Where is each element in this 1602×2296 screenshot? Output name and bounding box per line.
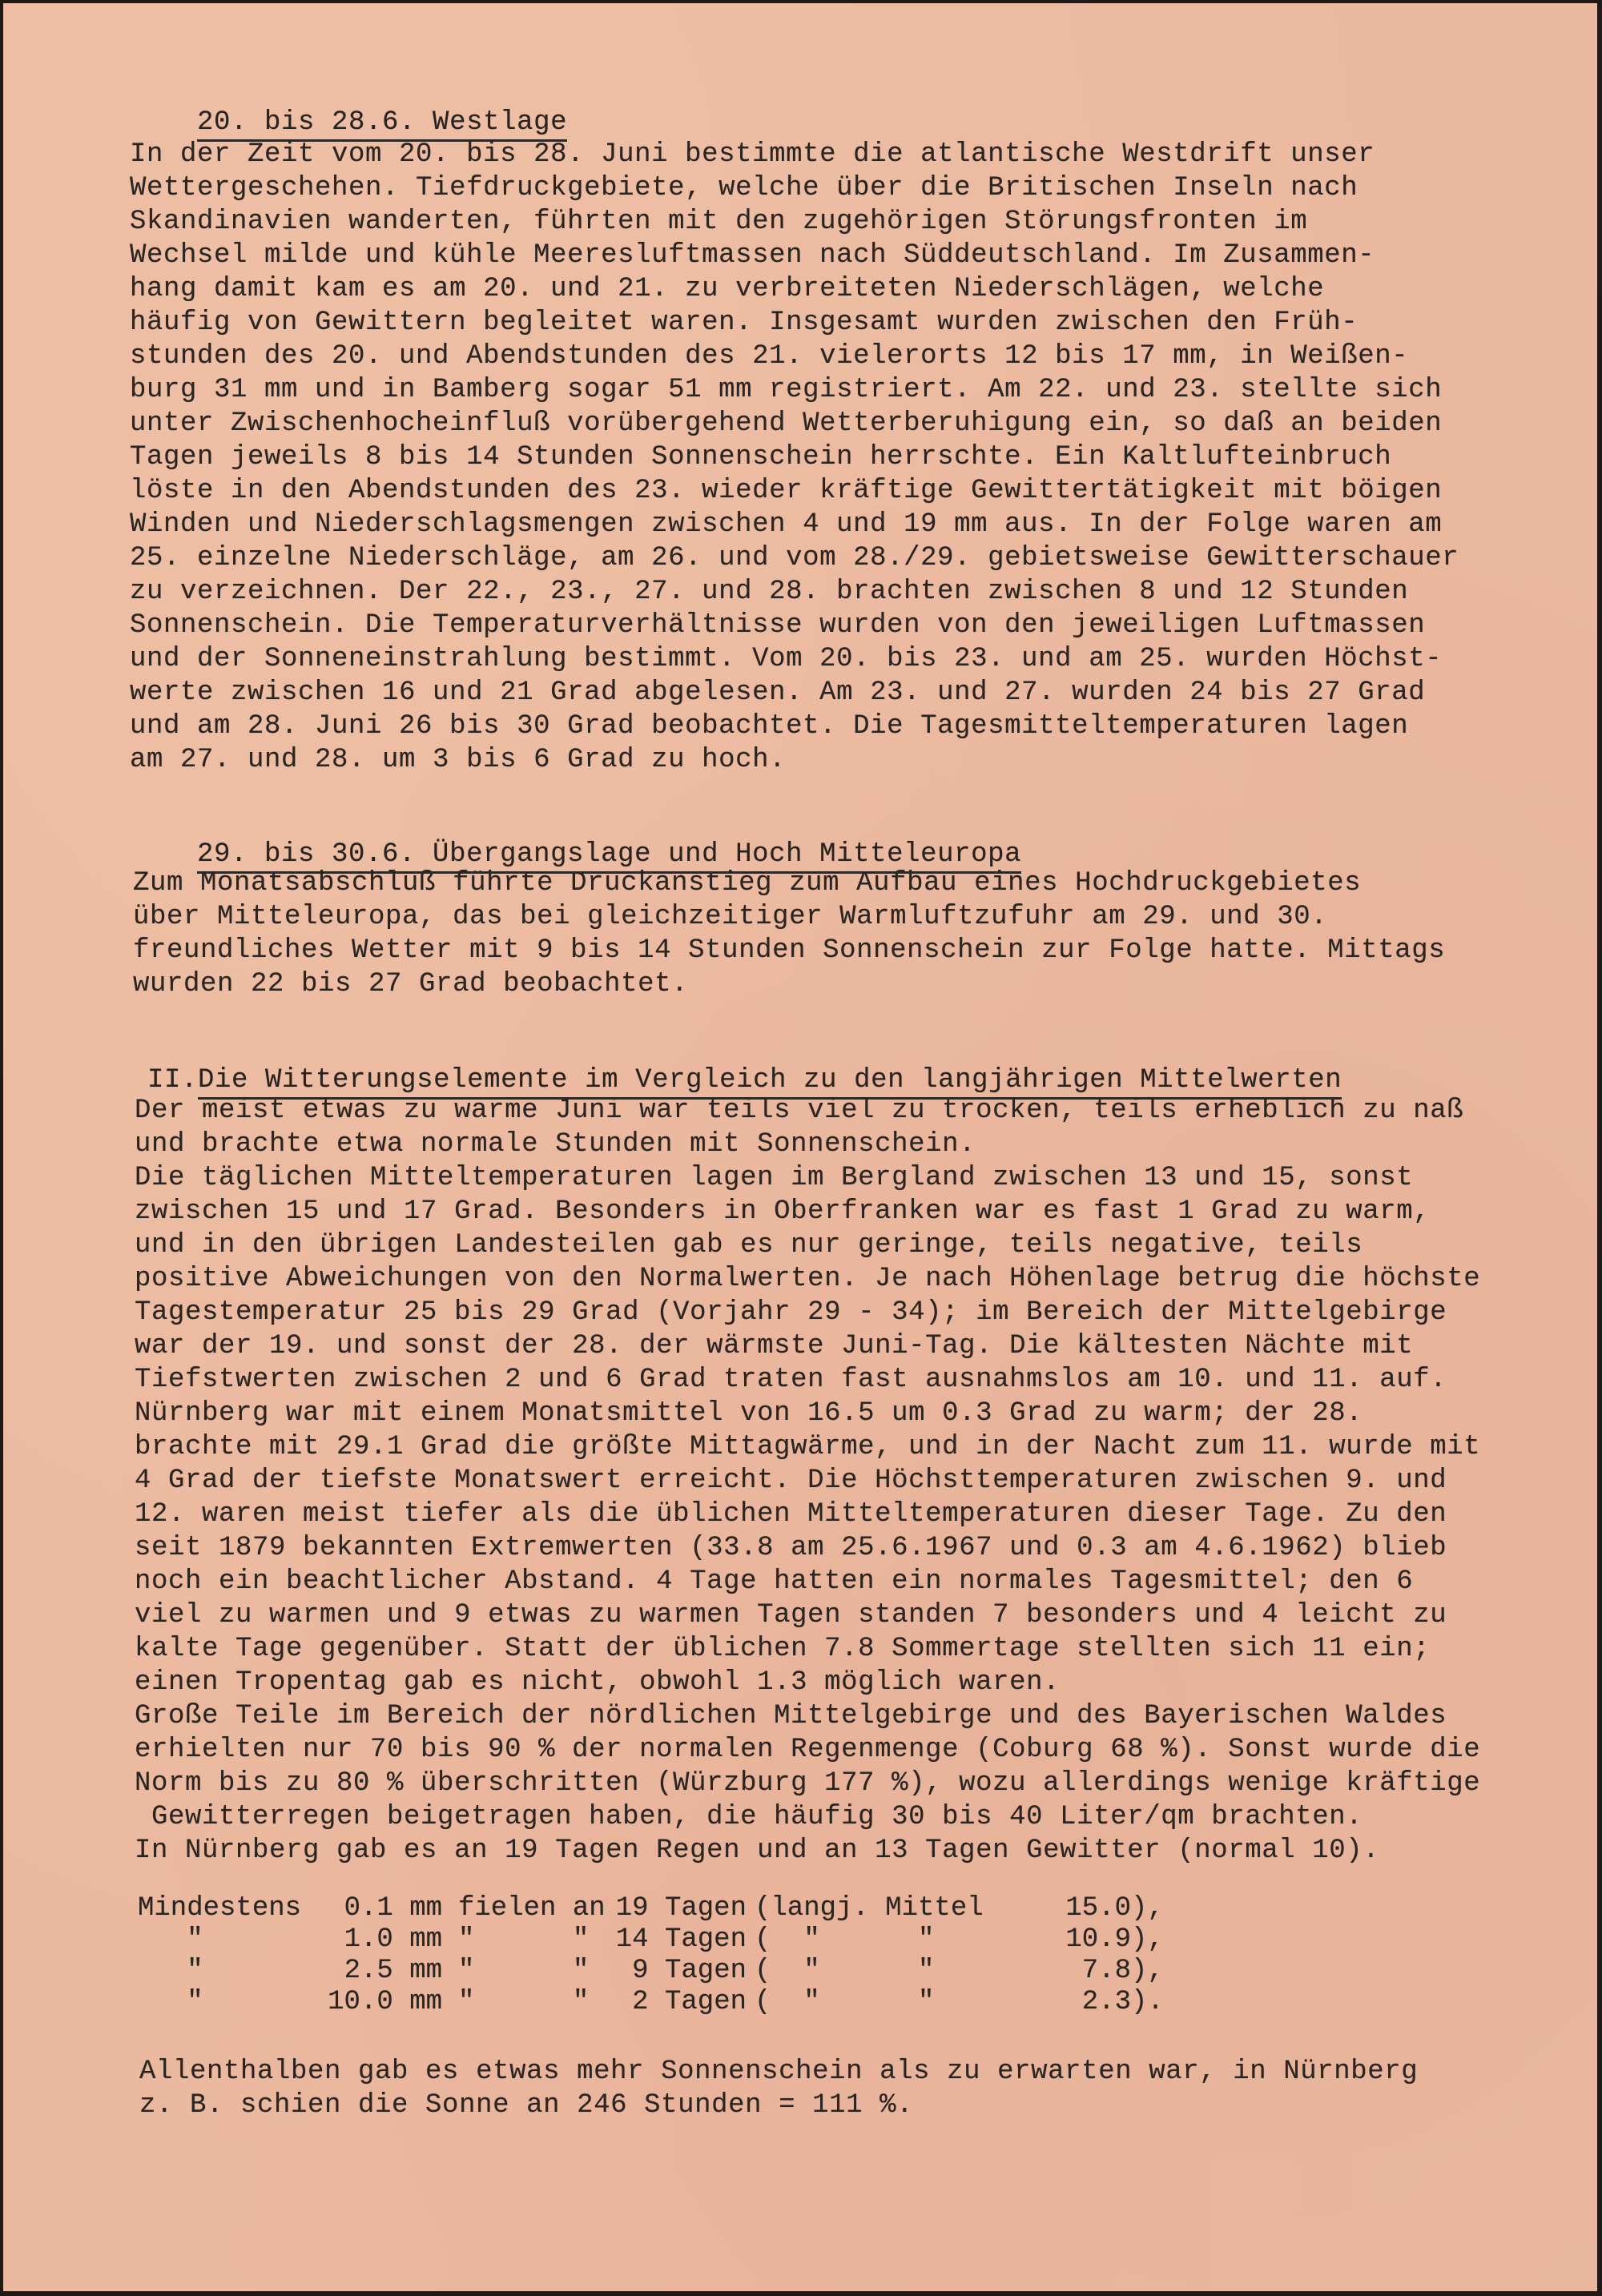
text-line: Allenthalben gab es etwas mehr Sonnensch…: [139, 2055, 1418, 2089]
text-line: Tagen jeweils 8 bis 14 Stunden Sonnensch…: [130, 440, 1391, 474]
text-line: werte zwischen 16 und 21 Grad abgelesen.…: [130, 676, 1425, 710]
mean-value: 10.9: [1035, 1924, 1131, 1956]
text-line: Nürnberg war mit einem Monatsmittel von …: [135, 1397, 1363, 1430]
text-line: Die täglichen Mitteltemperaturen lagen i…: [135, 1161, 1413, 1195]
mean-label: ( " ": [755, 1987, 934, 2018]
row-end: ).: [1131, 1987, 1164, 2018]
text-line: noch ein beachtlicher Abstand. 4 Tage ha…: [135, 1565, 1413, 1598]
text-line: zu verzeichnen. Der 22., 23., 27. und 28…: [130, 575, 1408, 609]
text-line: positive Abweichungen von den Normalwert…: [135, 1262, 1480, 1296]
text-line: Tagestemperatur 25 bis 29 Grad (Vorjahr …: [135, 1296, 1447, 1329]
mean-label: ( " ": [755, 1956, 934, 1987]
row-label: ": [138, 1924, 203, 1956]
text-line: Große Teile im Bereich der nördlichen Mi…: [135, 1699, 1447, 1733]
text-line: z. B. schien die Sonne an 246 Stunden = …: [139, 2089, 913, 2122]
rain-amount: 0.1 mm: [250, 1893, 442, 1924]
amount-value: 10.0: [328, 1987, 393, 2017]
section-numeral: II.: [147, 1065, 198, 1096]
text-line: Wechsel milde und kühle Meeresluftmassen…: [130, 239, 1375, 272]
text-line: am 27. und 28. um 3 bis 6 Grad zu hoch.: [130, 743, 786, 777]
text-line: Tiefstwerten zwischen 2 und 6 Grad trate…: [135, 1363, 1447, 1397]
amount-value: 0.1: [344, 1893, 393, 1924]
day-count: 14 Tagen: [586, 1924, 747, 1956]
day-count: 19 Tagen: [586, 1893, 747, 1924]
text-line: Der meist etwas zu warme Juni war teils …: [135, 1094, 1463, 1128]
text-line: häufig von Gewittern begleitet waren. In…: [130, 306, 1358, 340]
fell-text: " ": [458, 1956, 589, 1987]
text-line: und am 28. Juni 26 bis 30 Grad beobachte…: [130, 710, 1408, 743]
text-line: und der Sonneneinstrahlung bestimmt. Vom…: [130, 642, 1442, 676]
row-label: ": [138, 1956, 203, 1987]
mean-value: 15.0: [1035, 1893, 1131, 1924]
day-count: 9 Tagen: [586, 1956, 747, 1987]
text-line: unter Zwischenhocheinfluß vorübergehend …: [130, 407, 1442, 440]
rain-days-table: Mindestens 0.1 mm fielen an 19 Tagen (la…: [138, 1893, 235, 2018]
text-line: hang damit kam es am 20. und 21. zu verb…: [130, 272, 1324, 306]
text-line: Sonnenschein. Die Temperaturverhältnisse…: [130, 609, 1425, 642]
document-page: 20. bis 28.6. Westlage In der Zeit vom 2…: [3, 3, 1597, 2291]
fell-text: " ": [458, 1924, 589, 1956]
text-line: brachte mit 29.1 Grad die größte Mittagw…: [135, 1430, 1480, 1464]
text-line: kalte Tage gegenüber. Statt der üblichen…: [135, 1632, 1430, 1666]
amount-unit: mm: [409, 1987, 442, 2017]
text-line: viel zu warmen und 9 etwas zu warmen Tag…: [135, 1598, 1447, 1632]
table-row: Mindestens 0.1 mm fielen an 19 Tagen (la…: [138, 1893, 235, 1924]
amount-value: 1.0: [344, 1924, 393, 1955]
row-end: ),: [1131, 1924, 1164, 1956]
rain-amount: 1.0 mm: [250, 1924, 442, 1956]
table-row: " 2.5 mm " " 9 Tagen ( " " 7.8 ),: [138, 1956, 235, 1987]
row-label: ": [138, 1987, 203, 2018]
text-line: wurden 22 bis 27 Grad beobachtet.: [133, 967, 688, 1001]
fell-text: fielen an: [458, 1893, 606, 1924]
text-line: freundliches Wetter mit 9 bis 14 Stunden…: [133, 934, 1445, 967]
text-line: und brachte etwa normale Stunden mit Son…: [135, 1128, 976, 1161]
mean-label: (langj. Mittel: [755, 1893, 984, 1924]
text-line: zwischen 15 und 17 Grad. Besonders in Ob…: [135, 1195, 1430, 1228]
text-line: einen Tropentag gab es nicht, obwohl 1.3…: [135, 1666, 1060, 1699]
table-row: " 10.0 mm " " 2 Tagen ( " " 2.3 ).: [138, 1987, 235, 2018]
heading-text: 20. bis 28.6. Westlage: [197, 107, 567, 142]
mean-label: ( " ": [755, 1924, 934, 1956]
text-line: Winden und Niederschlagsmengen zwischen …: [130, 508, 1442, 541]
text-line: war der 19. und sonst der 28. der wärmst…: [135, 1329, 1413, 1363]
text-line: Gewitterregen beigetragen haben, die häu…: [135, 1800, 1363, 1834]
text-line: Wettergeschehen. Tiefdruckgebiete, welch…: [130, 171, 1358, 205]
text-line: Norm bis zu 80 % überschritten (Würzburg…: [135, 1767, 1480, 1800]
amount-unit: mm: [409, 1924, 442, 1955]
text-line: und in den übrigen Landesteilen gab es n…: [135, 1228, 1363, 1262]
fell-text: " ": [458, 1987, 589, 2018]
day-count: 2 Tagen: [586, 1987, 747, 2018]
amount-value: 2.5: [344, 1956, 393, 1986]
amount-unit: mm: [409, 1893, 442, 1924]
text-line: In der Zeit vom 20. bis 28. Juni bestimm…: [130, 138, 1375, 171]
text-line: löste in den Abendstunden des 23. wieder…: [130, 474, 1442, 508]
row-end: ),: [1131, 1893, 1164, 1924]
text-line: Skandinavien wanderten, führten mit den …: [130, 205, 1307, 239]
rain-amount: 2.5 mm: [250, 1956, 442, 1987]
text-line: 4 Grad der tiefste Monatswert erreicht. …: [135, 1464, 1447, 1498]
row-end: ),: [1131, 1956, 1164, 1987]
mean-value: 2.3: [1035, 1987, 1131, 2018]
table-row: " 1.0 mm " " 14 Tagen ( " " 10.9 ),: [138, 1924, 235, 1956]
mean-value: 7.8: [1035, 1956, 1131, 1987]
text-line: burg 31 mm und in Bamberg sogar 51 mm re…: [130, 373, 1442, 407]
text-line: In Nürnberg gab es an 19 Tagen Regen und…: [135, 1834, 1379, 1868]
text-line: 12. waren meist tiefer als die üblichen …: [135, 1498, 1447, 1531]
amount-unit: mm: [409, 1956, 442, 1986]
text-line: erhielten nur 70 bis 90 % der normalen R…: [135, 1733, 1480, 1767]
text-line: Zum Monatsabschluß führte Druckanstieg z…: [133, 867, 1361, 900]
rain-amount: 10.0 mm: [250, 1987, 442, 2018]
text-line: 25. einzelne Niederschläge, am 26. und v…: [130, 541, 1459, 575]
text-line: über Mitteleuropa, das bei gleichzeitige…: [133, 900, 1327, 934]
text-line: seit 1879 bekannten Extremwerten (33.8 a…: [135, 1531, 1447, 1565]
text-line: stunden des 20. und Abendstunden des 21.…: [130, 340, 1408, 373]
